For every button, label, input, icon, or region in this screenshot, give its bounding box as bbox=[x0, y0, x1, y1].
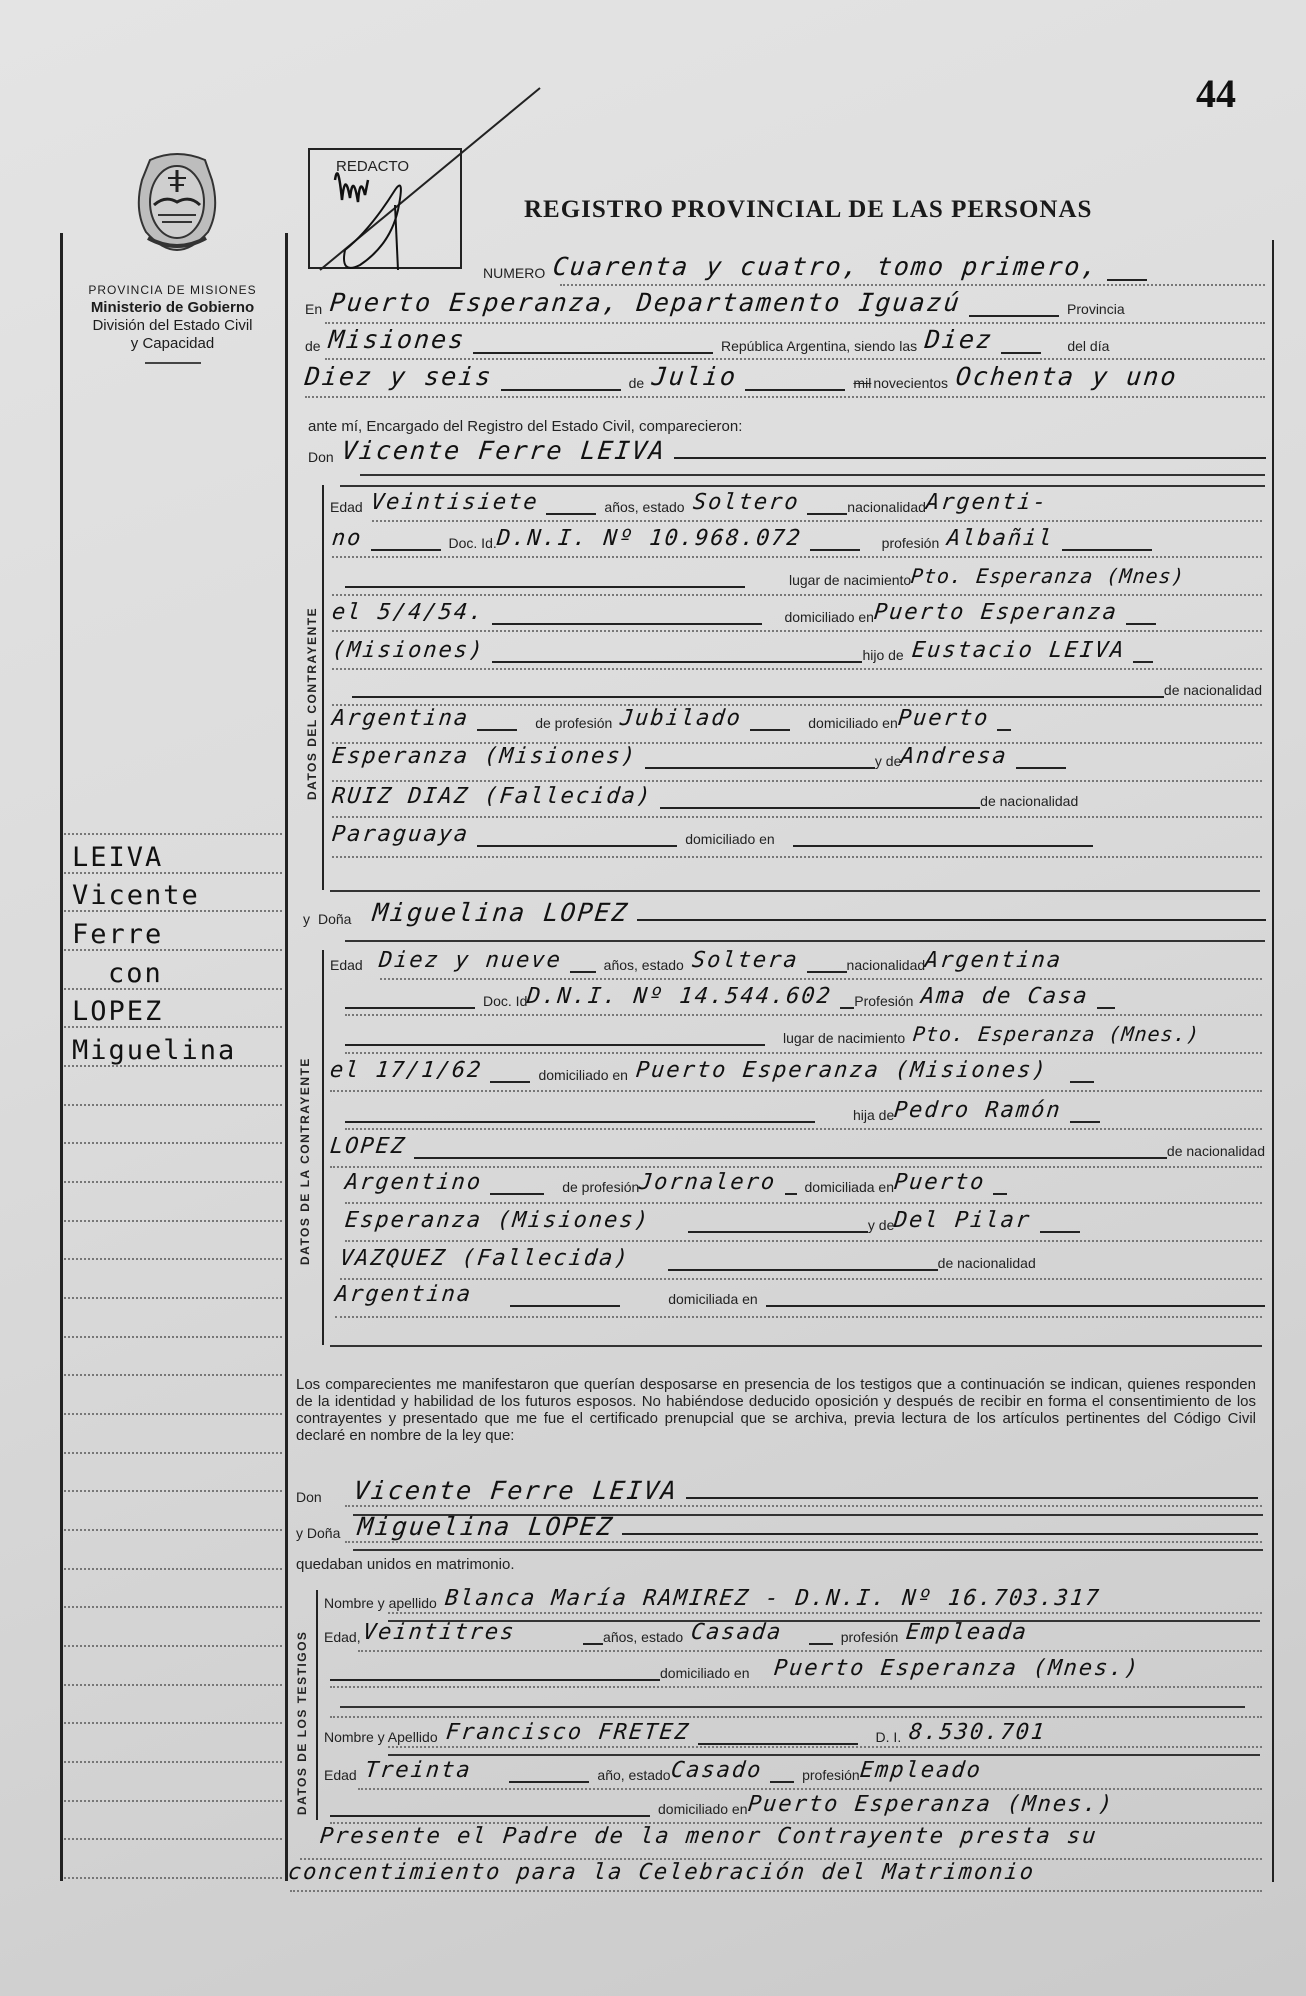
day-value: Diez y seis bbox=[303, 362, 494, 391]
margin-name-line: Vicente bbox=[72, 880, 200, 911]
declaration-bride-line: y Doña Miguelina LOPEZ bbox=[296, 1512, 1258, 1541]
groom-profession: Albañil bbox=[946, 526, 1055, 551]
bride-block-left bbox=[322, 950, 324, 1345]
witness-1-age-line: Edad, Veintitres años, estado Casada pro… bbox=[324, 1620, 1264, 1645]
declaration-groom-name: Vicente Ferre LEIVA bbox=[352, 1476, 679, 1505]
ante-mi-text: ante mí, Encargado del Registro del Esta… bbox=[308, 418, 742, 435]
declaration-bride-name: Miguelina LOPEZ bbox=[357, 1512, 616, 1541]
bride-dni: D.N.I. Nº 14.544.602 bbox=[526, 984, 834, 1009]
bride-mother-line: Esperanza (Misiones) y de Del Pilar bbox=[345, 1208, 1265, 1233]
groom-section-label: DATOS DEL CONTRAYENTE bbox=[305, 607, 319, 800]
witness-section-label: DATOS DE LOS TESTIGOS bbox=[295, 1631, 309, 1815]
witness-1-address-line: domiciliado en Puerto Esperanza (Mnes.) bbox=[330, 1656, 1265, 1681]
place-value: Puerto Esperanza, Departamento Iguazú bbox=[329, 288, 963, 317]
groom-mother-line: Esperanza (Misiones) y de Andresa bbox=[332, 744, 1267, 769]
bride-doc-line: Doc. Id D.N.I. Nº 14.544.602 Profesión A… bbox=[345, 984, 1265, 1009]
groom-birthplace-line: lugar de nacimiento Pto. Esperanza (Mnes… bbox=[345, 564, 1265, 588]
groom-father-line: (Misiones) hijo de Eustacio LEIVA bbox=[332, 638, 1267, 663]
declaration-groom-line: Don Vicente Ferre LEIVA bbox=[296, 1476, 1258, 1505]
margin-left-border bbox=[60, 233, 63, 1881]
groom-birthplace: Pto. Esperanza (Mnes) bbox=[910, 564, 1186, 588]
page-number: 44 bbox=[1196, 70, 1236, 117]
groom-birthdate: el 5/4/54. bbox=[331, 600, 486, 625]
groom-mother: Andresa bbox=[900, 744, 1009, 769]
ministry-label: Ministerio de Gobierno bbox=[60, 299, 285, 317]
witness-2-doc: 8.530.701 bbox=[908, 1720, 1048, 1745]
bride-name: Miguelina LOPEZ bbox=[372, 898, 631, 927]
divider bbox=[145, 362, 201, 364]
witness-2-name: Francisco FRETEZ bbox=[444, 1720, 691, 1745]
province-label: PROVINCIA DE MISIONES bbox=[60, 281, 285, 299]
witness-block-left bbox=[316, 1590, 318, 1820]
groom-father-profession: Jubilado bbox=[619, 706, 744, 731]
groom-father-nat-line: de nacionalidad bbox=[352, 682, 1262, 698]
witness-1-name: Blanca María RAMIREZ - D.N.I. Nº 16.703.… bbox=[444, 1586, 1102, 1611]
groom-dni: D.N.I. Nº 10.968.072 bbox=[495, 526, 803, 551]
bride-birthplace-line: lugar de nacimiento Pto. Esperanza (Mnes… bbox=[345, 1022, 1265, 1046]
groom-age-line: Edad Veintisiete años, estado Soltero na… bbox=[330, 490, 1265, 515]
division-label: División del Estado Civil bbox=[60, 317, 285, 335]
margin-name-line: LOPEZ bbox=[72, 996, 163, 1027]
witness-2-name-line: Nombre y Apellido Francisco FRETEZ D. I.… bbox=[324, 1720, 1264, 1745]
act-number-line: NUMERO Cuarenta y cuatro, tomo primero, bbox=[483, 252, 1263, 281]
bride-father: Pedro Ramón bbox=[893, 1098, 1063, 1123]
groom-father-prof-line: Argentina de profesión Jubilado domicili… bbox=[332, 706, 1267, 731]
division-label-2: y Capacidad bbox=[60, 335, 285, 353]
margin-name-line: con bbox=[108, 958, 163, 989]
province-line: de Misiones República Argentina, siendo … bbox=[305, 325, 1265, 354]
bride-marital-status: Soltera bbox=[691, 948, 800, 973]
parental-consent-note-line-1: Presente el Padre de la menor Contrayent… bbox=[319, 1824, 1099, 1849]
bride-father-nat-line: LOPEZ de nacionalidad bbox=[330, 1134, 1265, 1159]
bride-profession: Ama de Casa bbox=[920, 984, 1090, 1009]
place-line: En Puerto Esperanza, Departamento Iguazú… bbox=[305, 288, 1265, 317]
groom-marital-status: Soltero bbox=[691, 490, 800, 515]
date-line: Diez y seis de Julio mil novecientos Och… bbox=[305, 362, 1265, 391]
document-title: REGISTRO PROVINCIAL DE LAS PERSONAS bbox=[524, 196, 1092, 224]
bride-mother-nat-line: VAZQUEZ (Fallecida) de nacionalidad bbox=[340, 1246, 1265, 1271]
bride-age-line: Edad Diez y nueve años, estado Soltera n… bbox=[330, 948, 1265, 973]
margin-name-line: Miguelina bbox=[72, 1035, 236, 1066]
witness-2-marital-status: Casado bbox=[669, 1758, 763, 1783]
bride-birthdate: el 17/1/62 bbox=[329, 1058, 484, 1083]
groom-address: Puerto Esperanza bbox=[873, 600, 1120, 625]
groom-address-line: el 5/4/54. domiciliado en Puerto Esperan… bbox=[332, 600, 1267, 625]
province-value: Misiones bbox=[327, 325, 466, 354]
hour-value: Diez bbox=[924, 325, 995, 354]
groom-nationality: Argenti- bbox=[925, 490, 1050, 515]
witness-2-age: Treinta bbox=[363, 1758, 472, 1783]
groom-mother-address-line: Paraguaya domiciliado en bbox=[332, 822, 1267, 847]
bride-section-label: DATOS DE LA CONTRAYENTE bbox=[298, 1057, 312, 1265]
numero-value: Cuarenta y cuatro, tomo primero, bbox=[552, 252, 1101, 281]
groom-name: Vicente Ferre LEIVA bbox=[340, 436, 667, 465]
groom-mother-nat-line: RUIZ DIAZ (Fallecida) de nacionalidad bbox=[332, 784, 1267, 809]
witness-1-age: Veintitres bbox=[361, 1620, 516, 1645]
margin-right-border bbox=[285, 233, 288, 1881]
groom-block-left bbox=[322, 485, 324, 890]
bride-address: Puerto Esperanza (Misiones) bbox=[635, 1058, 1049, 1083]
parental-consent-note-line-2: concentimiento para la Celebración del M… bbox=[287, 1860, 1037, 1885]
bride-father-prof-line: Argentino de profesión Jornalero domicil… bbox=[345, 1170, 1265, 1195]
bride-mother: Del Pilar bbox=[893, 1208, 1033, 1233]
declaration-paragraph: Los comparecientes me manifestaron que q… bbox=[296, 1376, 1256, 1444]
bride-mother-address-line: Argentina domiciliada en bbox=[335, 1282, 1265, 1307]
month-value: Julio bbox=[651, 362, 739, 391]
witness-2-address-line: domiciliado en Puerto Esperanza (Mnes.) bbox=[330, 1792, 1265, 1817]
margin-name-line: Ferre bbox=[72, 919, 163, 950]
bride-name-line: y Doña Miguelina LOPEZ bbox=[303, 898, 1266, 927]
witness-2-profession: Empleado bbox=[858, 1758, 983, 1783]
bride-birthplace: Pto. Esperanza (Mnes.) bbox=[912, 1022, 1201, 1046]
witness-2-age-line: Edad Treinta año, estado Casado profesió… bbox=[324, 1758, 1264, 1783]
redacto-stamp: REDACTO bbox=[308, 148, 462, 269]
bride-father-profession: Jornalero bbox=[638, 1170, 778, 1195]
witness-1-marital-status: Casada bbox=[690, 1620, 784, 1645]
witness-1-address: Puerto Esperanza (Mnes.) bbox=[772, 1656, 1141, 1681]
witness-1-name-line: Nombre y apellido Blanca María RAMIREZ -… bbox=[324, 1586, 1264, 1611]
witness-1-profession: Empleada bbox=[905, 1620, 1030, 1645]
issuing-authority: PROVINCIA DE MISIONES Ministerio de Gobi… bbox=[60, 281, 285, 364]
groom-father: Eustacio LEIVA bbox=[910, 638, 1126, 663]
bride-age: Diez y nueve bbox=[377, 948, 563, 973]
year-value: Ochenta y uno bbox=[955, 362, 1180, 391]
bride-address-line: el 17/1/62 domiciliado en Puerto Esperan… bbox=[330, 1058, 1265, 1083]
groom-age: Veintisiete bbox=[369, 490, 539, 515]
groom-name-line: Don Vicente Ferre LEIVA bbox=[308, 436, 1266, 465]
form-right-border bbox=[1272, 240, 1274, 1882]
declaration-closing: quedaban unidos en matrimonio. bbox=[296, 1556, 514, 1573]
bride-father-line: hija de Pedro Ramón bbox=[345, 1098, 1265, 1123]
numero-label: NUMERO bbox=[483, 265, 545, 281]
margin-name-line: LEIVA bbox=[72, 842, 163, 873]
witness-2-address: Puerto Esperanza (Mnes.) bbox=[746, 1792, 1115, 1817]
coat-of-arms-icon bbox=[130, 150, 225, 255]
bride-nationality: Argentina bbox=[924, 948, 1064, 973]
groom-doc-line: no Doc. Id. D.N.I. Nº 10.968.072 profesi… bbox=[332, 526, 1267, 551]
